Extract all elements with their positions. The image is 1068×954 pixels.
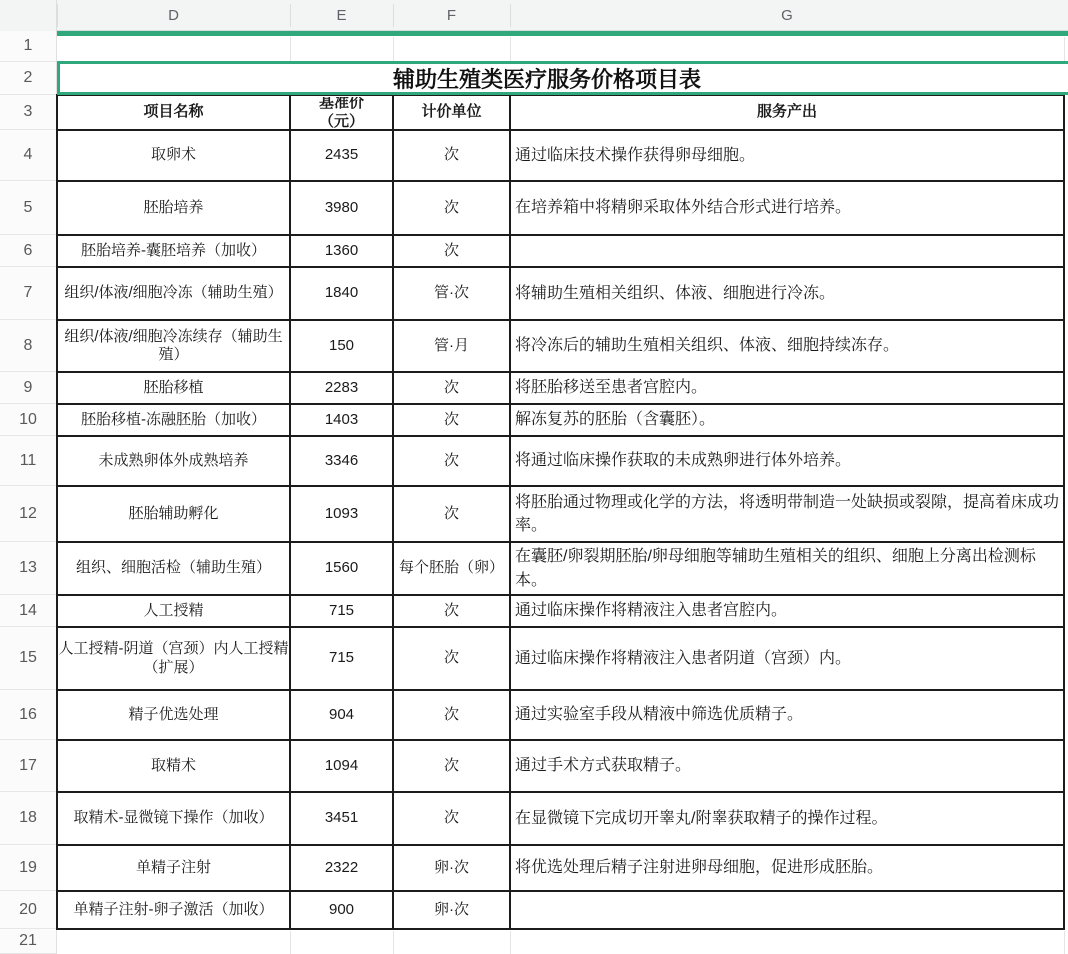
cell-name[interactable]: 单精子注射-卵子激活（加收） — [57, 891, 290, 929]
row-header-12[interactable]: 12 — [0, 486, 56, 542]
cell-output[interactable]: 在培养箱中将精卵采取体外结合形式进行培养。 — [510, 181, 1064, 235]
column-header-F[interactable]: F — [393, 0, 510, 30]
cell-name[interactable]: 人工授精-阴道（宫颈）内人工授精（扩展） — [57, 627, 290, 690]
cell-name[interactable]: 组织/体液/细胞冷冻续存（辅助生殖） — [57, 320, 290, 372]
row-header-21[interactable]: 21 — [0, 929, 56, 954]
cell-name[interactable]: 精子优选处理 — [57, 690, 290, 740]
cell-price-text: 900 — [291, 893, 392, 927]
cell-price-text: 904 — [291, 692, 392, 738]
row-header-1[interactable]: 1 — [0, 31, 56, 62]
cell-name-text: 人工授精 — [58, 597, 289, 625]
table-row: 未成熟卵体外成熟培养3346次将通过临床操作获取的未成熟卵进行体外培养。 — [57, 436, 1064, 486]
selected-title-cell[interactable]: 辅助生殖类医疗服务价格项目表 — [57, 61, 1068, 95]
cell-output-text: 将辅助生殖相关组织、体液、细胞进行冷冻。 — [511, 269, 1063, 318]
row-header-4[interactable]: 4 — [0, 130, 56, 181]
cell-name-text: 胚胎移植-冻融胚胎（加收） — [58, 406, 289, 434]
cell-output[interactable]: 将胚胎通过物理或化学的方法，将透明带制造一处缺损或裂隙，提高着床成功率。 — [510, 486, 1064, 542]
price-table: 项目名称基准价（元）计价单位服务产出取卵术2435次通过临床技术操作获得卵母细胞… — [56, 94, 1065, 930]
cell-unit-text: 次 — [394, 374, 509, 402]
column-separator — [57, 4, 58, 27]
cell-unit[interactable]: 次 — [393, 436, 510, 486]
row-header-16[interactable]: 16 — [0, 690, 56, 740]
cell-unit-text: 次 — [394, 237, 509, 265]
gridline — [290, 37, 291, 61]
cell-name-text: 取精术-显微镜下操作（加收） — [58, 794, 289, 843]
cell-price-text: 150 — [291, 322, 392, 370]
cell-name[interactable]: 胚胎培养-囊胚培养（加收） — [57, 235, 290, 267]
cell-name-text: 单精子注射 — [58, 847, 289, 889]
cell-price-text: 715 — [291, 629, 392, 688]
table-row: 组织、细胞活检（辅助生殖）1560每个胚胎（卵）在囊胚/卵裂期胚胎/卵母细胞等辅… — [57, 542, 1064, 595]
cell-name[interactable]: 取精术-显微镜下操作（加收） — [57, 792, 290, 845]
cell-output-text: 将胚胎移送至患者宫腔内。 — [511, 374, 1063, 402]
gridline — [510, 37, 511, 61]
cell-name[interactable]: 取卵术 — [57, 130, 290, 181]
cell-price[interactable]: 1840 — [290, 267, 393, 320]
cell-output[interactable]: 在囊胚/卵裂期胚胎/卵母细胞等辅助生殖相关的组织、细胞上分离出检测标本。 — [510, 542, 1064, 595]
cell-price[interactable]: 1360 — [290, 235, 393, 267]
cell-unit-text: 次 — [394, 488, 509, 540]
cell-unit[interactable]: 次 — [393, 235, 510, 267]
cell-name[interactable]: 取精术 — [57, 740, 290, 792]
cell-output[interactable]: 在显微镜下完成切开睾丸/附睾获取精子的操作过程。 — [510, 792, 1064, 845]
row-header-17[interactable]: 17 — [0, 740, 56, 792]
cell-price-text: 1094 — [291, 742, 392, 790]
cell-unit[interactable]: 次 — [393, 595, 510, 627]
cell-name-text: 取精术 — [58, 742, 289, 790]
cell-unit-text: 次 — [394, 794, 509, 843]
cell-name-text: 胚胎培养-囊胚培养（加收） — [58, 237, 289, 265]
cell-unit-text: 卵·次 — [394, 847, 509, 889]
cell-output[interactable]: 将胚胎移送至患者宫腔内。 — [510, 372, 1064, 404]
cell-unit-text: 次 — [394, 406, 509, 434]
cell-unit-text: 次 — [394, 742, 509, 790]
row-header-3[interactable]: 3 — [0, 95, 56, 130]
cell-name-text: 单精子注射-卵子激活（加收） — [58, 893, 289, 927]
table-row: 单精子注射-卵子激活（加收）900卵·次 — [57, 891, 1064, 929]
cell-name[interactable]: 胚胎培养 — [57, 181, 290, 235]
cell-unit[interactable]: 每个胚胎（卵） — [393, 542, 510, 595]
cell-name[interactable]: 胚胎移植 — [57, 372, 290, 404]
cell-unit[interactable]: 次 — [393, 372, 510, 404]
table-row: 胚胎辅助孵化1093次将胚胎通过物理或化学的方法，将透明带制造一处缺损或裂隙，提… — [57, 486, 1064, 542]
column-header-D[interactable]: D — [57, 0, 290, 30]
cell-name-text: 胚胎移植 — [58, 374, 289, 402]
col-unit-text: 计价单位 — [394, 97, 509, 128]
cell-unit[interactable]: 管·次 — [393, 267, 510, 320]
row-header-9[interactable]: 9 — [0, 372, 56, 404]
table-header-row: 项目名称基准价（元）计价单位服务产出 — [57, 95, 1064, 130]
cell-unit[interactable]: 管·月 — [393, 320, 510, 372]
cell-price-text: 1360 — [291, 237, 392, 265]
cell-output[interactable]: 将辅助生殖相关组织、体液、细胞进行冷冻。 — [510, 267, 1064, 320]
cell-price[interactable]: 3980 — [290, 181, 393, 235]
cell-output[interactable]: 通过手术方式获取精子。 — [510, 740, 1064, 792]
cell-price[interactable]: 2435 — [290, 130, 393, 181]
cell-output[interactable]: 通过临床技术操作获得卵母细胞。 — [510, 130, 1064, 181]
cell-price-text: 1840 — [291, 269, 392, 318]
col-base-price-text: 基准价（元） — [291, 97, 392, 128]
cell-unit[interactable]: 次 — [393, 740, 510, 792]
cell-output-text: 将冷冻后的辅助生殖相关组织、体液、细胞持续冻存。 — [511, 322, 1063, 370]
gridline — [393, 931, 394, 954]
cell-price[interactable]: 1560 — [290, 542, 393, 595]
table-row: 取精术-显微镜下操作（加收）3451次在显微镜下完成切开睾丸/附睾获取精子的操作… — [57, 792, 1064, 845]
column-header-strip: DEFG — [0, 0, 1068, 31]
cell-price[interactable]: 2322 — [290, 845, 393, 891]
cell-output[interactable]: 解冻复苏的胚胎（含囊胚）。 — [510, 404, 1064, 436]
cell-price-text: 2322 — [291, 847, 392, 889]
col-item-name-text: 项目名称 — [58, 97, 289, 128]
cell-output-text: 将通过临床操作获取的未成熟卵进行体外培养。 — [511, 438, 1063, 484]
cell-price[interactable]: 150 — [290, 320, 393, 372]
cell-output-text — [511, 237, 1063, 265]
cell-price[interactable]: 3451 — [290, 792, 393, 845]
cell-price-text: 1403 — [291, 406, 392, 434]
cell-price[interactable]: 900 — [290, 891, 393, 929]
spreadsheet: DEFG 123456789101112131415161718192021 项… — [0, 0, 1068, 954]
cell-output-text: 通过临床操作将精液注入患者阴道（宫颈）内。 — [511, 629, 1063, 688]
cell-output-text: 在囊胚/卵裂期胚胎/卵母细胞等辅助生殖相关的组织、细胞上分离出检测标本。 — [511, 544, 1063, 593]
gridline — [290, 931, 291, 954]
row-header-5[interactable]: 5 — [0, 181, 56, 235]
cell-price-text: 3980 — [291, 183, 392, 233]
cell-unit[interactable]: 次 — [393, 181, 510, 235]
cell-unit-text: 每个胚胎（卵） — [394, 544, 509, 593]
row-header-2[interactable]: 2 — [0, 62, 56, 95]
cell-price[interactable]: 3346 — [290, 436, 393, 486]
cell-unit-text: 次 — [394, 692, 509, 738]
table-row: 人工授精-阴道（宫颈）内人工授精（扩展）715次通过临床操作将精液注入患者阴道（… — [57, 627, 1064, 690]
cell-unit-text: 管·月 — [394, 322, 509, 370]
cell-output-text: 解冻复苏的胚胎（含囊胚）。 — [511, 406, 1063, 434]
cell-output-text: 在培养箱中将精卵采取体外结合形式进行培养。 — [511, 183, 1063, 233]
cell-unit-text: 次 — [394, 597, 509, 625]
cell-unit-text: 次 — [394, 183, 509, 233]
col-output[interactable]: 服务产出 — [510, 95, 1064, 130]
col-item-name[interactable]: 项目名称 — [57, 95, 290, 130]
cell-price[interactable]: 1094 — [290, 740, 393, 792]
column-separator — [393, 4, 394, 27]
cell-name-text: 取卵术 — [58, 132, 289, 179]
cell-price-text: 1560 — [291, 544, 392, 593]
column-header-G[interactable]: G — [510, 0, 1064, 30]
cell-name-text: 胚胎辅助孵化 — [58, 488, 289, 540]
cell-unit[interactable]: 次 — [393, 486, 510, 542]
cell-output[interactable] — [510, 891, 1064, 929]
table-row: 人工授精715次通过临床操作将精液注入患者宫腔内。 — [57, 595, 1064, 627]
cell-unit[interactable]: 次 — [393, 404, 510, 436]
row-header-13[interactable]: 13 — [0, 542, 56, 595]
cell-name[interactable]: 组织/体液/细胞冷冻（辅助生殖） — [57, 267, 290, 320]
cell-output-text: 在显微镜下完成切开睾丸/附睾获取精子的操作过程。 — [511, 794, 1063, 843]
cell-name-text: 人工授精-阴道（宫颈）内人工授精（扩展） — [58, 629, 289, 688]
column-separator — [290, 4, 291, 27]
cell-name[interactable]: 人工授精 — [57, 595, 290, 627]
cell-unit[interactable]: 次 — [393, 690, 510, 740]
gridline — [393, 37, 394, 61]
row-header-strip: 123456789101112131415161718192021 — [0, 31, 57, 954]
cell-price-text: 1093 — [291, 488, 392, 540]
cell-name-text: 组织/体液/细胞冷冻（辅助生殖） — [58, 269, 289, 318]
cell-output-text: 通过手术方式获取精子。 — [511, 742, 1063, 790]
row-header-20[interactable]: 20 — [0, 891, 56, 929]
cell-unit[interactable]: 次 — [393, 792, 510, 845]
cell-name-text: 未成熟卵体外成熟培养 — [58, 438, 289, 484]
row-header-10[interactable]: 10 — [0, 404, 56, 436]
cell-price[interactable]: 2283 — [290, 372, 393, 404]
table-row: 胚胎培养3980次在培养箱中将精卵采取体外结合形式进行培养。 — [57, 181, 1064, 235]
cell-price-text: 3451 — [291, 794, 392, 843]
cell-price[interactable]: 1093 — [290, 486, 393, 542]
cell-output[interactable]: 通过临床操作将精液注入患者宫腔内。 — [510, 595, 1064, 627]
gridline — [510, 931, 511, 954]
cell-name[interactable]: 胚胎移植-冻融胚胎（加收） — [57, 404, 290, 436]
cell-name-text: 胚胎培养 — [58, 183, 289, 233]
cell-unit-text: 管·次 — [394, 269, 509, 318]
col-output-text: 服务产出 — [511, 97, 1063, 128]
gridline — [1064, 37, 1065, 61]
column-header-E[interactable]: E — [290, 0, 393, 30]
cell-price[interactable]: 904 — [290, 690, 393, 740]
column-separator — [510, 4, 511, 27]
cell-unit-text: 次 — [394, 132, 509, 179]
cell-name[interactable]: 未成熟卵体外成熟培养 — [57, 436, 290, 486]
cell-name[interactable]: 单精子注射 — [57, 845, 290, 891]
cell-price-text: 2435 — [291, 132, 392, 179]
cell-name[interactable]: 组织、细胞活检（辅助生殖） — [57, 542, 290, 595]
cell-name-text: 精子优选处理 — [58, 692, 289, 738]
table-row: 取精术1094次通过手术方式获取精子。 — [57, 740, 1064, 792]
row-header-14[interactable]: 14 — [0, 595, 56, 627]
table-row: 组织/体液/细胞冷冻（辅助生殖）1840管·次将辅助生殖相关组织、体液、细胞进行… — [57, 267, 1064, 320]
cell-output[interactable]: 通过实验室手段从精液中筛选优质精子。 — [510, 690, 1064, 740]
cell-name-text: 组织、细胞活检（辅助生殖） — [58, 544, 289, 593]
cell-output[interactable]: 通过临床操作将精液注入患者阴道（宫颈）内。 — [510, 627, 1064, 690]
cell-output-text: 将胚胎通过物理或化学的方法，将透明带制造一处缺损或裂隙，提高着床成功率。 — [511, 488, 1063, 540]
cell-output[interactable]: 将冷冻后的辅助生殖相关组织、体液、细胞持续冻存。 — [510, 320, 1064, 372]
row-header-18[interactable]: 18 — [0, 792, 56, 845]
cell-price[interactable]: 1403 — [290, 404, 393, 436]
select-all-corner[interactable] — [0, 0, 57, 31]
cell-output-text — [511, 893, 1063, 927]
row-header-8[interactable]: 8 — [0, 320, 56, 372]
cell-output[interactable]: 将通过临床操作获取的未成熟卵进行体外培养。 — [510, 436, 1064, 486]
cell-output-text: 通过临床技术操作获得卵母细胞。 — [511, 132, 1063, 179]
cell-output-text: 将优选处理后精子注射进卵母细胞，促进形成胚胎。 — [511, 847, 1063, 889]
cell-output-text: 通过实验室手段从精液中筛选优质精子。 — [511, 692, 1063, 738]
col-unit[interactable]: 计价单位 — [393, 95, 510, 130]
row-header-19[interactable]: 19 — [0, 845, 56, 891]
cell-price[interactable]: 715 — [290, 595, 393, 627]
cell-unit[interactable]: 次 — [393, 627, 510, 690]
table-row: 胚胎培养-囊胚培养（加收）1360次 — [57, 235, 1064, 267]
cell-price-text: 2283 — [291, 374, 392, 402]
row-header-7[interactable]: 7 — [0, 267, 56, 320]
col-base-price[interactable]: 基准价（元） — [290, 95, 393, 130]
table-row: 单精子注射2322卵·次将优选处理后精子注射进卵母细胞，促进形成胚胎。 — [57, 845, 1064, 891]
row-header-15[interactable]: 15 — [0, 627, 56, 690]
cell-unit-text: 卵·次 — [394, 893, 509, 927]
table-row: 胚胎移植2283次将胚胎移送至患者宫腔内。 — [57, 372, 1064, 404]
cell-output[interactable]: 将优选处理后精子注射进卵母细胞，促进形成胚胎。 — [510, 845, 1064, 891]
cell-unit-text: 次 — [394, 438, 509, 484]
cell-unit-text: 次 — [394, 629, 509, 688]
cell-price-text: 715 — [291, 597, 392, 625]
cell-output-text: 通过临床操作将精液注入患者宫腔内。 — [511, 597, 1063, 625]
table-title: 辅助生殖类医疗服务价格项目表 — [393, 63, 701, 94]
table-row: 胚胎移植-冻融胚胎（加收）1403次解冻复苏的胚胎（含囊胚）。 — [57, 404, 1064, 436]
table-row: 取卵术2435次通过临床技术操作获得卵母细胞。 — [57, 130, 1064, 181]
row-header-11[interactable]: 11 — [0, 436, 56, 486]
cell-price-text: 3346 — [291, 438, 392, 484]
cell-name[interactable]: 胚胎辅助孵化 — [57, 486, 290, 542]
table-row: 精子优选处理904次通过实验室手段从精液中筛选优质精子。 — [57, 690, 1064, 740]
row-header-6[interactable]: 6 — [0, 235, 56, 267]
cell-unit[interactable]: 卵·次 — [393, 891, 510, 929]
cell-price[interactable]: 715 — [290, 627, 393, 690]
cell-unit[interactable]: 次 — [393, 130, 510, 181]
cell-name-text: 组织/体液/细胞冷冻续存（辅助生殖） — [58, 322, 289, 370]
gridline — [1064, 931, 1065, 954]
cell-unit[interactable]: 卵·次 — [393, 845, 510, 891]
table-row: 组织/体液/细胞冷冻续存（辅助生殖）150管·月将冷冻后的辅助生殖相关组织、体液… — [57, 320, 1064, 372]
selected-columns-indicator — [57, 31, 1068, 36]
cell-output[interactable] — [510, 235, 1064, 267]
